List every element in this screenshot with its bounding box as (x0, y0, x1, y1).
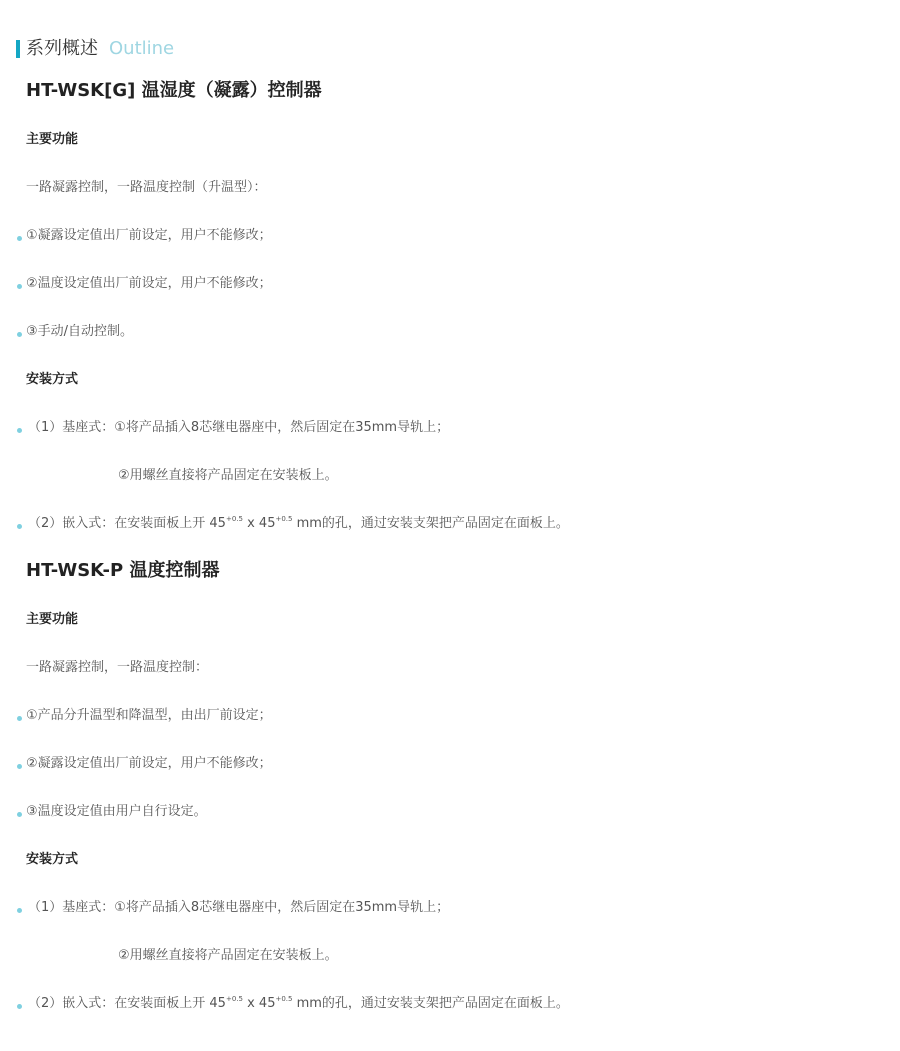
function-item: ③手动/自动控制。 (17, 323, 133, 341)
function-text: ③手动/自动控制。 (26, 323, 133, 341)
install-label: （1）基座式： (28, 899, 114, 917)
functions-heading: 主要功能 (26, 611, 78, 629)
function-item: ③温度设定值由用户自行设定。 (17, 803, 207, 821)
function-text: ②温度设定值出厂前设定，用户不能修改； (26, 275, 272, 293)
install-base-line2: ②用螺丝直接将产品固定在安装板上。 (118, 947, 338, 965)
bullet-dot-icon (17, 716, 22, 721)
install-item-base: （1）基座式： ①将产品插入8芯继电器座中，然后固定在35mm导轨上； (17, 419, 449, 437)
install-heading: 安装方式 (26, 851, 78, 869)
install-text: 在安装面板上开 45+0.5 x 45+0.5 mm的孔，通过安装支架把产品固定… (114, 995, 569, 1013)
tolerance: +0.5 (226, 995, 243, 1003)
install-text: 在安装面板上开 45+0.5 x 45+0.5 mm的孔，通过安装支架把产品固定… (114, 515, 569, 533)
install-label: （1）基座式： (28, 419, 114, 437)
section-title-cn: 系列概述 (26, 38, 98, 60)
install-label: （2）嵌入式： (28, 995, 114, 1013)
function-text: ①凝露设定值出厂前设定，用户不能修改； (26, 227, 272, 245)
section-title-en: Outline (109, 38, 174, 60)
accent-bar (16, 40, 20, 58)
tolerance: +0.5 (226, 515, 243, 523)
install-label: （2）嵌入式： (28, 515, 114, 533)
function-text: ②凝露设定值出厂前设定，用户不能修改； (26, 755, 272, 773)
bullet-dot-icon (17, 1004, 22, 1009)
functions-intro: 一路凝露控制，一路温度控制（升温型）： (26, 179, 267, 197)
bullet-dot-icon (17, 764, 22, 769)
bullet-dot-icon (17, 812, 22, 817)
function-text: ①产品分升温型和降温型，由出厂前设定； (26, 707, 272, 725)
functions-heading: 主要功能 (26, 131, 78, 149)
tolerance: +0.5 (275, 995, 292, 1003)
install-text: ①将产品插入8芯继电器座中，然后固定在35mm导轨上； (114, 419, 449, 437)
function-text: ③温度设定值由用户自行设定。 (26, 803, 207, 821)
install-heading: 安装方式 (26, 371, 78, 389)
function-item: ①产品分升温型和降温型，由出厂前设定； (17, 707, 272, 725)
bullet-dot-icon (17, 908, 22, 913)
product-title: HT-WSK-P 温度控制器 (26, 559, 220, 583)
install-base-line2: ②用螺丝直接将产品固定在安装板上。 (118, 467, 338, 485)
product-title: HT-WSK[G] 温湿度（凝露）控制器 (26, 79, 322, 103)
install-item-base: （1）基座式： ①将产品插入8芯继电器座中，然后固定在35mm导轨上； (17, 899, 449, 917)
section-header: 系列概述 Outline (16, 38, 174, 60)
install-item-embed: （2）嵌入式： 在安装面板上开 45+0.5 x 45+0.5 mm的孔，通过安… (17, 995, 569, 1013)
bullet-dot-icon (17, 524, 22, 529)
bullet-dot-icon (17, 428, 22, 433)
install-item-embed: （2）嵌入式： 在安装面板上开 45+0.5 x 45+0.5 mm的孔，通过安… (17, 515, 569, 533)
functions-intro: 一路凝露控制，一路温度控制： (26, 659, 208, 677)
function-item: ①凝露设定值出厂前设定，用户不能修改； (17, 227, 272, 245)
bullet-dot-icon (17, 236, 22, 241)
install-text: ①将产品插入8芯继电器座中，然后固定在35mm导轨上； (114, 899, 449, 917)
tolerance: +0.5 (275, 515, 292, 523)
bullet-dot-icon (17, 332, 22, 337)
bullet-dot-icon (17, 284, 22, 289)
function-item: ②凝露设定值出厂前设定，用户不能修改； (17, 755, 272, 773)
function-item: ②温度设定值出厂前设定，用户不能修改； (17, 275, 272, 293)
